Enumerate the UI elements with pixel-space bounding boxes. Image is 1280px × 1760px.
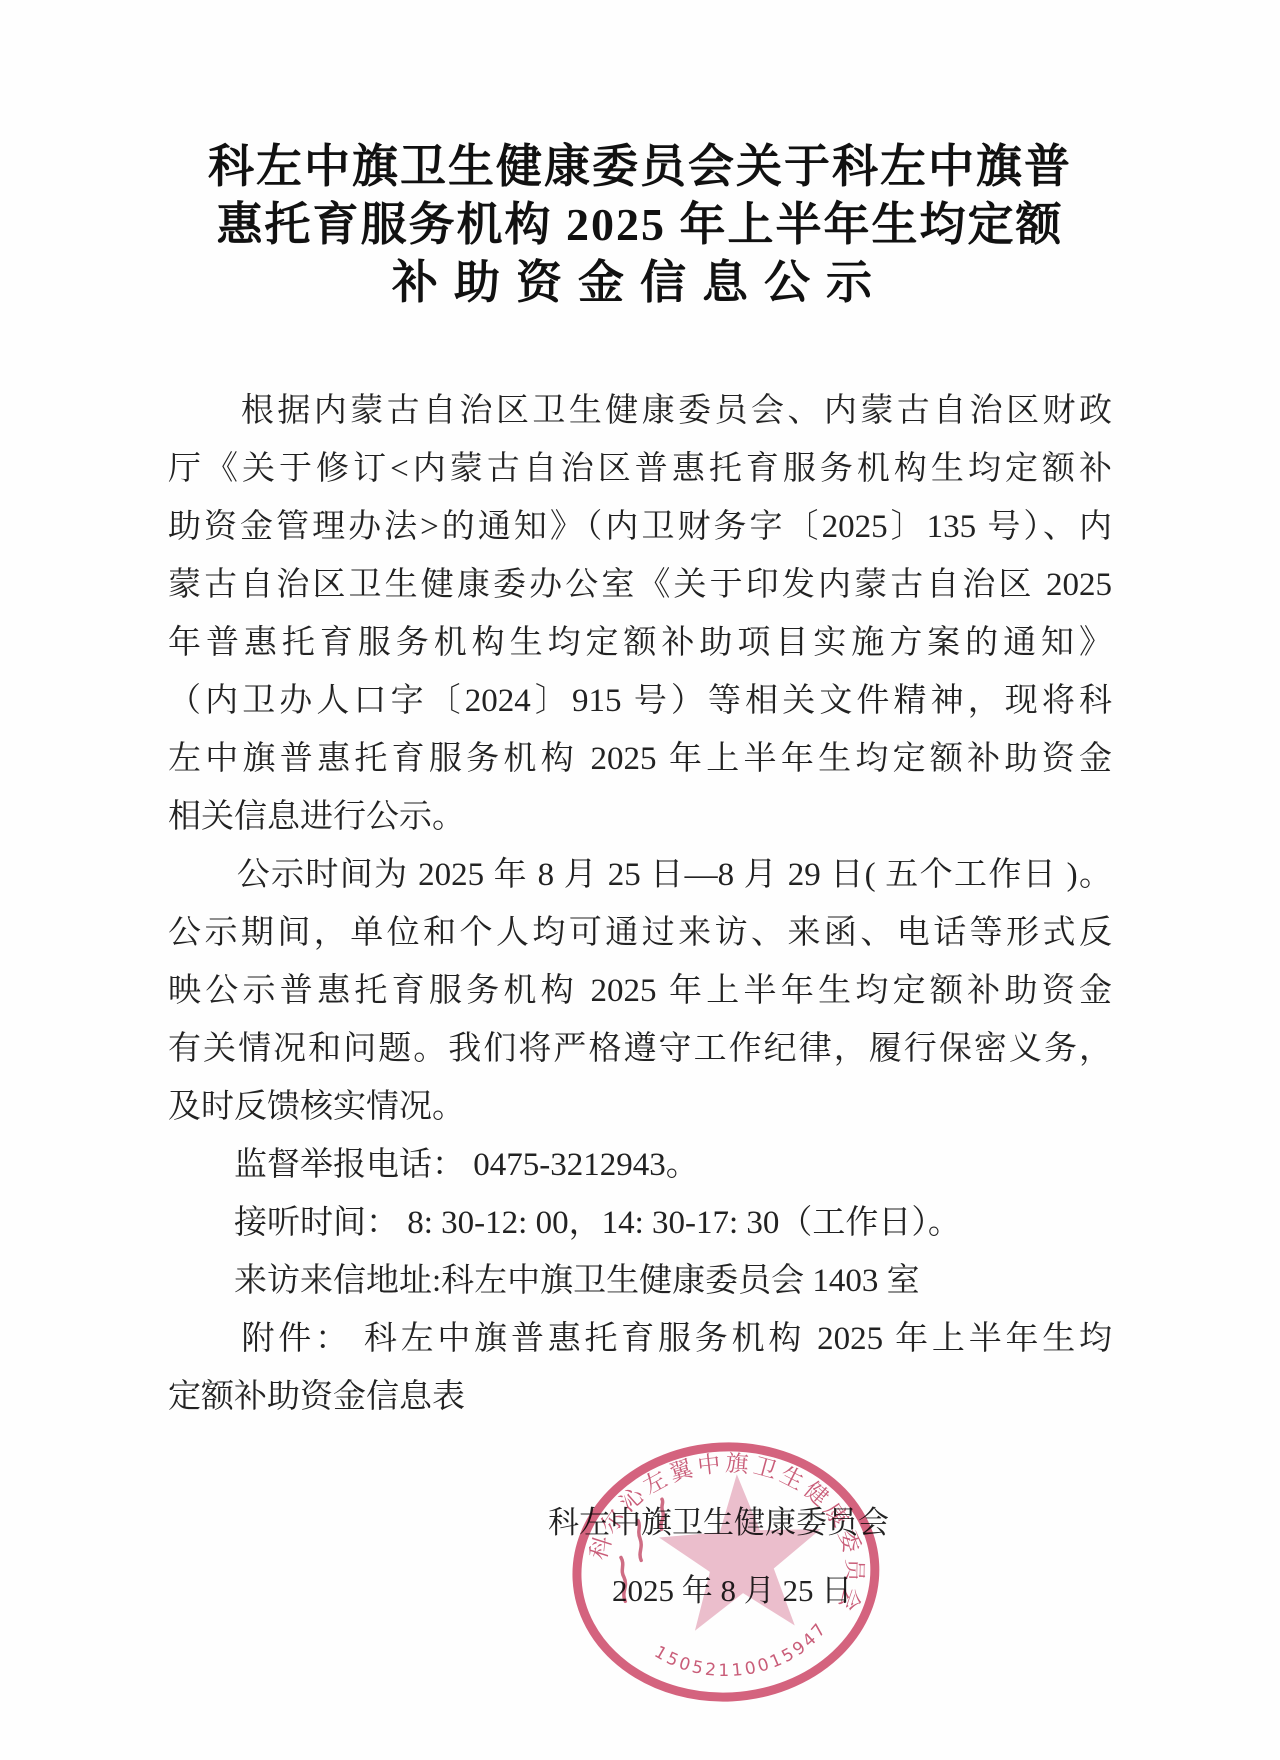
body-line: 根据内蒙古自治区卫生健康委员会、内蒙古自治区财政 (168, 382, 1112, 440)
body-line: 公示时间为 2025 年 8 月 25 日—8 月 29 日( 五个工作日 )。 (168, 846, 1112, 904)
body-line: （内卫办人口字〔2024〕915 号）等相关文件精神，现将科 (168, 672, 1112, 730)
document-body: 根据内蒙古自治区卫生健康委员会、内蒙古自治区财政 厅《关于修订<内蒙古自治区普惠… (168, 382, 1112, 1426)
document-title: 科左中旗卫生健康委员会关于科左中旗普 惠托育服务机构 2025 年上半年生均定额… (0, 138, 1280, 312)
body-line: 接听时间： 8: 30-12: 00，14: 30-17: 30（工作日）。 (168, 1194, 1112, 1252)
document-page: 科左中旗卫生健康委员会关于科左中旗普 惠托育服务机构 2025 年上半年生均定额… (0, 0, 1280, 1760)
title-line: 惠托育服务机构 2025 年上半年生均定额 (0, 196, 1280, 254)
body-line: 助资金管理办法>的通知》（内卫财务字〔2025〕135 号）、内 (168, 498, 1112, 556)
body-line: 附件： 科左中旗普惠托育服务机构 2025 年上半年生均 (168, 1310, 1112, 1368)
body-line: 年普惠托育服务机构生均定额补助项目实施方案的通知》 (168, 614, 1112, 672)
body-line: 映公示普惠托育服务机构 2025 年上半年生均定额补助资金 (168, 962, 1112, 1020)
body-line: 左中旗普惠托育服务机构 2025 年上半年生均定额补助资金 (168, 730, 1112, 788)
title-line: 补助资金信息公示 (0, 254, 1280, 312)
official-seal: 科尔沁左翼中旗卫生健康委员会 15052110015947 (559, 1426, 893, 1722)
body-line: 监督举报电话： 0475-3212943。 (168, 1136, 1112, 1194)
body-line: 厅《关于修订<内蒙古自治区普惠托育服务机构生均定额补 (168, 440, 1112, 498)
body-line: 来访来信地址:科左中旗卫生健康委员会 1403 室 (168, 1252, 1112, 1310)
body-line: 公示期间，单位和个人均可通过来访、来函、电话等形式反 (168, 904, 1112, 962)
title-line: 科左中旗卫生健康委员会关于科左中旗普 (0, 138, 1280, 196)
body-line: 及时反馈核实情况。 (168, 1078, 1112, 1136)
body-line: 相关信息进行公示。 (168, 788, 1112, 846)
body-line: 有关情况和问题。我们将严格遵守工作纪律，履行保密义务， (168, 1020, 1112, 1078)
body-line: 蒙古自治区卫生健康委办公室《关于印发内蒙古自治区 2025 (168, 556, 1112, 614)
body-line: 定额补助资金信息表 (168, 1368, 1112, 1426)
